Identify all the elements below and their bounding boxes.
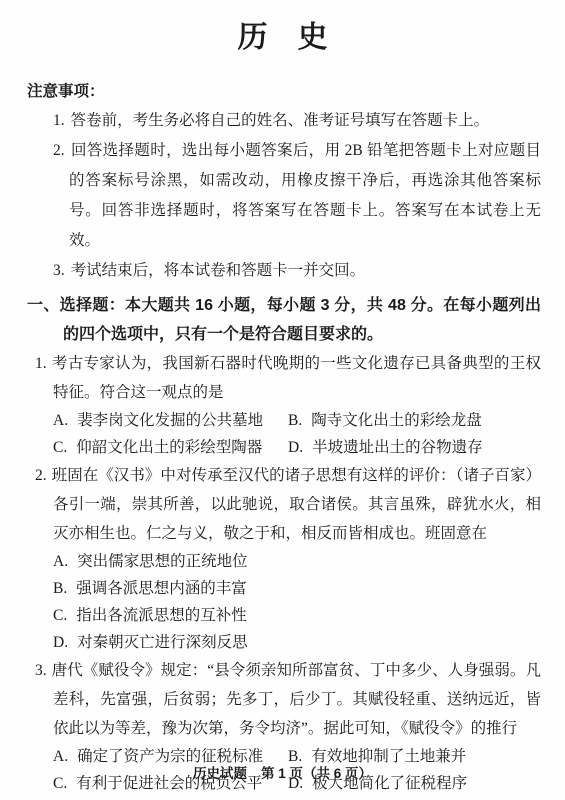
option-label: C.	[53, 607, 67, 624]
option-2d: D.对秦朝灭亡进行深刻反思	[53, 629, 541, 656]
question-number: 3.	[35, 662, 47, 679]
option-label: B.	[53, 580, 67, 597]
question-text: 唐代《赋役令》规定：“县令须亲知所部富贫、丁中多少、人身强弱。凡差科，先富强，后…	[52, 662, 541, 737]
option-text: 强调各派思想内涵的丰富	[76, 580, 247, 597]
question-number: 1.	[35, 355, 47, 372]
option-text: 陶寺文化出土的彩绘龙盘	[311, 412, 482, 429]
footer-doc-title: 历史试题	[193, 766, 247, 781]
notice-item-1: 1.答卷前，考生务必将自己的姓名、准考证号填写在答题卡上。	[53, 106, 541, 136]
option-text: 仰韶文化出土的彩绘型陶器	[76, 439, 262, 456]
notice-item-text: 考试结束后，将本试卷和答题卡一并交回。	[71, 262, 366, 279]
notice-item-3: 3.考试结束后，将本试卷和答题卡一并交回。	[53, 256, 541, 286]
option-1b: B.陶寺文化出土的彩绘龙盘	[288, 407, 541, 434]
option-label: B.	[288, 412, 302, 429]
option-text: 半坡遗址出土的谷物遗存	[312, 439, 483, 456]
option-label: D.	[288, 439, 303, 456]
page-footer: 历史试题第 1 页（共 6 页）	[0, 766, 565, 782]
question-stem: 3.唐代《赋役令》规定：“县令须亲知所部富贫、丁中多少、人身强弱。凡差科，先富强…	[35, 656, 541, 743]
option-2c: C.指出各流派思想的互补性	[53, 602, 541, 629]
question-number: 2.	[35, 467, 47, 484]
question-options: A.突出儒家思想的正统地位 B.强调各派思想内涵的丰富 C.指出各流派思想的互补…	[35, 548, 541, 656]
option-label: A.	[53, 748, 68, 765]
notice-item-text: 答卷前，考生务必将自己的姓名、准考证号填写在答题卡上。	[71, 112, 490, 129]
notice-list: 1.答卷前，考生务必将自己的姓名、准考证号填写在答题卡上。 2.回答选择题时，选…	[0, 106, 565, 286]
option-label: D.	[53, 634, 68, 651]
option-text: 有效地抑制了土地兼并	[311, 748, 466, 765]
question-text: 考古专家认为，我国新石器时代晚期的一些文化遗存已具备典型的王权特征。符合这一观点…	[52, 355, 541, 401]
page-title: 历 史	[0, 20, 565, 56]
option-text: 确定了资产为宗的征税标准	[77, 748, 263, 765]
notice-item-number: 2.	[53, 142, 65, 159]
notice-item-number: 1.	[53, 112, 65, 129]
question-2: 2.班固在《汉书》中对传承至汉代的诸子思想有这样的评价：（诸子百家）各引一端，崇…	[35, 461, 541, 656]
option-1c: C.仰韶文化出土的彩绘型陶器	[53, 434, 288, 461]
option-label: A.	[53, 412, 68, 429]
option-label: C.	[53, 439, 67, 456]
exam-paper-page: 历 史 注意事项： 1.答卷前，考生务必将自己的姓名、准考证号填写在答题卡上。 …	[0, 0, 565, 800]
question-text: 班固在《汉书》中对传承至汉代的诸子思想有这样的评价：（诸子百家）各引一端，崇其所…	[52, 467, 541, 542]
notice-section: 注意事项： 1.答卷前，考生务必将自己的姓名、准考证号填写在答题卡上。 2.回答…	[0, 78, 565, 286]
section-heading: 一、选择题：本大题共 16 小题，每小题 3 分，共 48 分。在每小题列出的四…	[27, 291, 541, 349]
option-2b: B.强调各派思想内涵的丰富	[53, 575, 541, 602]
option-text: 指出各流派思想的互补性	[76, 607, 247, 624]
option-1a: A.裴李岗文化发掘的公共墓地	[53, 407, 288, 434]
question-stem: 2.班固在《汉书》中对传承至汉代的诸子思想有这样的评价：（诸子百家）各引一端，崇…	[35, 461, 541, 548]
option-label: B.	[288, 748, 302, 765]
option-text: 对秦朝灭亡进行深刻反思	[77, 634, 248, 651]
notice-heading: 注意事项：	[27, 78, 565, 106]
notice-item-number: 3.	[53, 262, 65, 279]
question-stem: 1.考古专家认为，我国新石器时代晚期的一些文化遗存已具备典型的王权特征。符合这一…	[35, 349, 541, 407]
notice-item-2: 2.回答选择题时，选出每小题答案后，用 2B 铅笔把答题卡上对应题目的答案标号涂…	[53, 136, 541, 256]
option-2a: A.突出儒家思想的正统地位	[53, 548, 541, 575]
question-1: 1.考古专家认为，我国新石器时代晚期的一些文化遗存已具备典型的王权特征。符合这一…	[35, 349, 541, 461]
option-1d: D.半坡遗址出土的谷物遗存	[288, 434, 541, 461]
footer-page-number: 第 1 页（共 6 页）	[261, 766, 372, 781]
question-options: A.裴李岗文化发掘的公共墓地 B.陶寺文化出土的彩绘龙盘 C.仰韶文化出土的彩绘…	[35, 407, 541, 461]
option-label: A.	[53, 553, 68, 570]
option-text: 裴李岗文化发掘的公共墓地	[77, 412, 263, 429]
notice-item-text: 回答选择题时，选出每小题答案后，用 2B 铅笔把答题卡上对应题目的答案标号涂黑，…	[69, 142, 541, 249]
option-text: 突出儒家思想的正统地位	[77, 553, 248, 570]
